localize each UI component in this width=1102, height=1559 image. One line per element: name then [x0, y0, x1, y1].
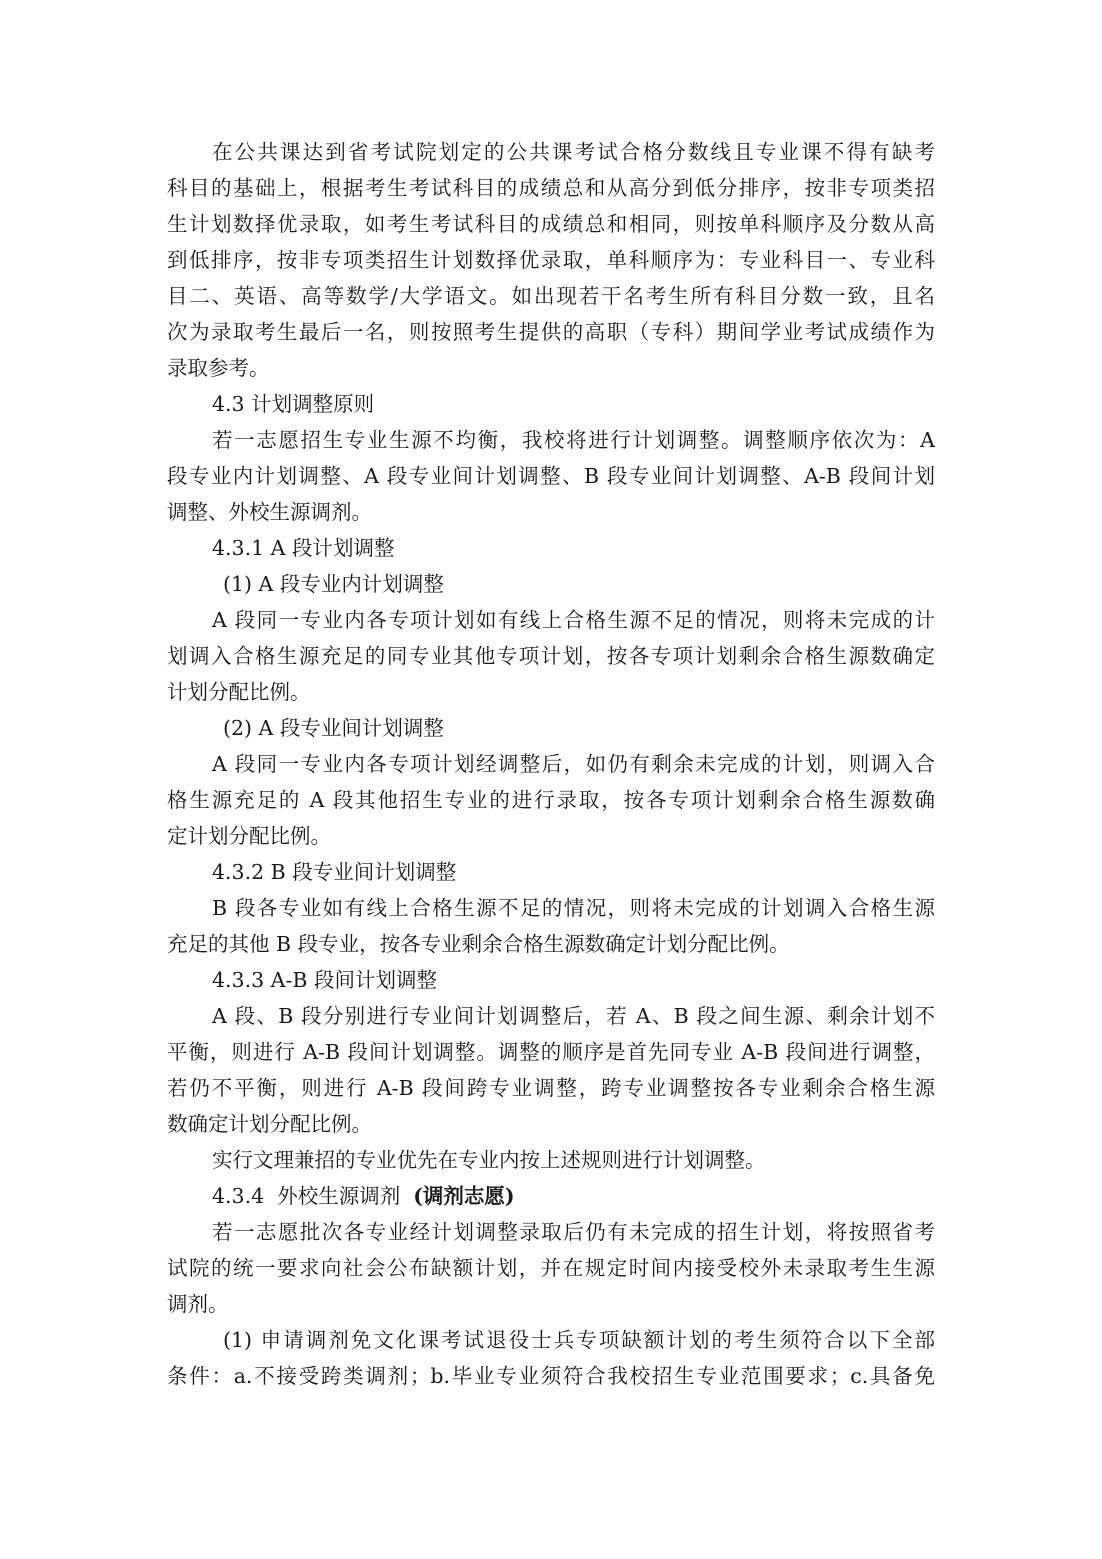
paragraph-line: 数确定计划分配比例。 — [167, 1106, 935, 1142]
paragraph: A 段、B 段分别进行专业间计划调整后，若 A、B 段之间生源、剩余计划不平衡，… — [167, 998, 935, 1142]
paragraph-line: 平衡，则进行 A-B 段间计划调整。调整的顺序是首先同专业 A-B 段间进行调整… — [167, 1034, 935, 1070]
heading-text: 4.3.4 外校生源调剂 — [212, 1184, 413, 1208]
section-heading: 4.3.3 A-B 段间计划调整 — [167, 962, 935, 998]
paragraph: 若一志愿招生专业生源不均衡，我校将进行计划调整。调整顺序依次为：A段专业内计划调… — [167, 422, 935, 530]
paragraph-line: 到低排序，按非专项类招生计划数择优录取，单科顺序为：专业科目一、专业科 — [167, 242, 935, 278]
section-heading: 4.3 计划调整原则 — [167, 386, 935, 422]
paragraph-line: 录取参考。 — [167, 350, 935, 386]
paragraph: (1) 申请调剂免文化课考试退役士兵专项缺额计划的考生须符合以下全部条件：a.不… — [167, 1322, 935, 1394]
paragraph-line: 实行文理兼招的专业优先在专业内按上述规则进行计划调整。 — [167, 1142, 935, 1178]
paragraph-line: B 段各专业如有线上合格生源不足的情况，则将未完成的计划调入合格生源 — [167, 890, 935, 926]
paragraph-line: 条件：a.不接受跨类调剂；b.毕业专业须符合我校招生专业范围要求；c.具备免 — [167, 1358, 935, 1394]
section-heading: 4.3.2 B 段专业间计划调整 — [167, 854, 935, 890]
subsection-heading: (2) A 段专业间计划调整 — [167, 710, 935, 746]
paragraph-line: A 段同一专业内各专项计划经调整后，如仍有剩余未完成的计划，则调入合 — [167, 746, 935, 782]
paragraph-line: 格生源充足的 A 段其他招生专业的进行录取，按各专项计划剩余合格生源数确 — [167, 782, 935, 818]
paragraph-line: 充足的其他 B 段专业，按各专业剩余合格生源数确定计划分配比例。 — [167, 926, 935, 962]
section-heading: 4.3.1 A 段计划调整 — [167, 530, 935, 566]
document-page: 在公共课达到省考试院划定的公共课考试合格分数线且专业课不得有缺考科目的基础上，根… — [167, 134, 935, 1394]
paragraph-line: 若一志愿批次各专业经计划调整录取后仍有未完成的招生计划，将按照省考 — [167, 1214, 935, 1250]
paragraph-line: 调整、外校生源调剂。 — [167, 494, 935, 530]
paragraph: 若一志愿批次各专业经计划调整录取后仍有未完成的招生计划，将按照省考试院的统一要求… — [167, 1214, 935, 1322]
paragraph-line: 若一志愿招生专业生源不均衡，我校将进行计划调整。调整顺序依次为：A — [167, 422, 935, 458]
paragraph-line: 试院的统一要求向社会公布缺额计划，并在规定时间内接受校外未录取考生生源 — [167, 1250, 935, 1286]
paragraph-line: 目二、英语、高等数学/大学语文。如出现若干名考生所有科目分数一致，且名 — [167, 278, 935, 314]
paragraph: B 段各专业如有线上合格生源不足的情况，则将未完成的计划调入合格生源充足的其他 … — [167, 890, 935, 962]
section-heading: 4.3.4 外校生源调剂 (调剂志愿) — [167, 1178, 935, 1214]
paragraph-line: 在公共课达到省考试院划定的公共课考试合格分数线且专业课不得有缺考 — [167, 134, 935, 170]
paragraph-line: A 段同一专业内各专项计划如有线上合格生源不足的情况，则将未完成的计 — [167, 602, 935, 638]
paragraph: 实行文理兼招的专业优先在专业内按上述规则进行计划调整。 — [167, 1142, 935, 1178]
paragraph: A 段同一专业内各专项计划如有线上合格生源不足的情况，则将未完成的计划调入合格生… — [167, 602, 935, 710]
paragraph-line: (1) 申请调剂免文化课考试退役士兵专项缺额计划的考生须符合以下全部 — [167, 1322, 935, 1358]
subsection-heading: (1) A 段专业内计划调整 — [167, 566, 935, 602]
paragraph: 在公共课达到省考试院划定的公共课考试合格分数线且专业课不得有缺考科目的基础上，根… — [167, 134, 935, 386]
paragraph-line: 计划分配比例。 — [167, 674, 935, 710]
paragraph-line: 次为录取考生最后一名，则按照考生提供的高职（专科）期间学业考试成绩作为 — [167, 314, 935, 350]
heading-bold-note: (调剂志愿) — [413, 1184, 514, 1208]
paragraph-line: 调剂。 — [167, 1286, 935, 1322]
paragraph-line: 若仍不平衡，则进行 A-B 段间跨专业调整，跨专业调整按各专业剩余合格生源 — [167, 1070, 935, 1106]
paragraph: A 段同一专业内各专项计划经调整后，如仍有剩余未完成的计划，则调入合格生源充足的… — [167, 746, 935, 854]
paragraph-line: 科目的基础上，根据考生考试科目的成绩总和从高分到低分排序，按非专项类招 — [167, 170, 935, 206]
paragraph-line: 定计划分配比例。 — [167, 818, 935, 854]
paragraph-line: 划调入合格生源充足的同专业其他专项计划，按各专项计划剩余合格生源数确定 — [167, 638, 935, 674]
paragraph-line: 段专业内计划调整、A 段专业间计划调整、B 段专业间计划调整、A-B 段间计划 — [167, 458, 935, 494]
paragraph-line: 生计划数择优录取，如考生考试科目的成绩总和相同，则按单科顺序及分数从高 — [167, 206, 935, 242]
paragraph-line: A 段、B 段分别进行专业间计划调整后，若 A、B 段之间生源、剩余计划不 — [167, 998, 935, 1034]
